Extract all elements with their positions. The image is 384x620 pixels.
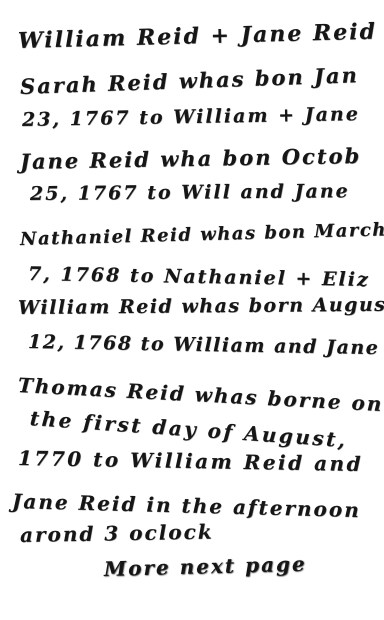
handwritten-line-nathaniel-1: Nathaniel Reid whas bon March xyxy=(20,219,384,250)
handwritten-line-thomas-4: Jane Reid in the afternoon xyxy=(12,489,361,522)
handwritten-line-sarah-1: Sarah Reid whas bon Jan xyxy=(20,62,360,99)
manuscript-page: William Reid + Jane Reid Sarah Reid whas… xyxy=(0,0,384,620)
handwritten-line-william-1: William Reid whas born August xyxy=(18,294,384,319)
handwritten-line-thomas-5: arond 3 oclock xyxy=(20,520,214,547)
handwritten-line-jane-1: Jane Reid wha bon Octob xyxy=(20,143,362,174)
handwritten-line-william-2: 12, 1768 to William and Jane xyxy=(28,331,380,359)
handwritten-line-jane-2: 25, 1767 to Will and Jane xyxy=(30,180,350,205)
handwritten-line-nathaniel-2: 7, 1768 to Nathaniel + Eliz xyxy=(28,263,370,291)
handwritten-line-thomas-2: the first day of August, xyxy=(29,406,348,452)
handwritten-line-footer-more-page: More next page xyxy=(104,552,307,581)
handwritten-line-thomas-3: 1770 to William Reid and xyxy=(18,446,364,476)
handwritten-line-title: William Reid + Jane Reid xyxy=(18,19,378,54)
handwritten-line-sarah-2: 23, 1767 to William + Jane xyxy=(22,103,360,131)
